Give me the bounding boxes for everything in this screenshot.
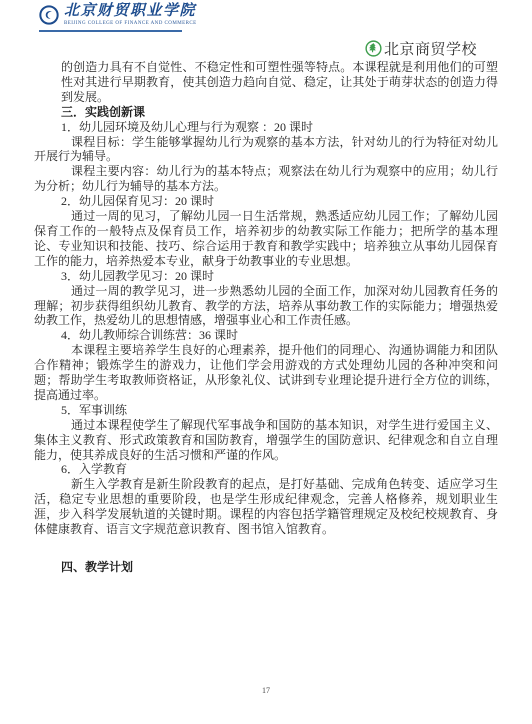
school-emblem-icon <box>365 40 382 57</box>
header-divider <box>39 30 182 32</box>
college-name-group: 北京财贸职业学院 BEIJING COLLEGE OF FINANCE AND … <box>64 3 197 27</box>
paragraph: 的创造力具有不自觉性、不稳定性和可塑性强等特点。本课程就是利用他们的可塑性对其进… <box>61 60 498 105</box>
document-body: 的创造力具有不自觉性、不稳定性和可塑性强等特点。本课程就是利用他们的可塑性对其进… <box>34 60 498 575</box>
paragraph: 新生入学教育是新生阶段教育的起点，是打好基础、完成角色转变、适应学习生活，稳定专… <box>34 477 498 537</box>
paragraph: 本课程主要培养学生良好的心理素养，提升他们的同理心、沟通协调能力和团队合作精神；… <box>34 343 498 403</box>
list-item: 5．军事训练 <box>61 403 498 418</box>
school-logo: 北京商贸学校 <box>365 38 477 59</box>
paragraph: 课程目标：学生能够掌握幼儿行为观察的基本方法，针对幼儿的行为特征对幼儿开展行为辅… <box>34 135 498 165</box>
list-item: 2．幼儿园保育见习：20 课时 <box>61 194 498 209</box>
document-page: 北京财贸职业学院 BEIJING COLLEGE OF FINANCE AND … <box>0 0 532 724</box>
paragraph: 通过一周的见习，了解幼儿园一日生活常规，熟悉适应幼儿园工作；了解幼儿园保育工作的… <box>34 209 498 269</box>
school-name-zh: 北京商贸学校 <box>384 38 477 59</box>
paragraph: 通过一周的教学见习，进一步熟悉幼儿园的全面工作，加深对幼儿园教育任务的理解；初步… <box>34 284 498 329</box>
paragraph: 通过本课程使学生了解现代军事战争和国防的基本知识，对学生进行爱国主义、集体主义教… <box>34 418 498 463</box>
paragraph: 课程主要内容：幼儿行为的基本特点；观察法在幼儿行为观察中的应用；幼儿行为分析；幼… <box>34 164 498 194</box>
list-item: 1．幼儿园环境及幼儿心理与行为观察 ：20 课时 <box>61 120 498 135</box>
college-logo: 北京财贸职业学院 BEIJING COLLEGE OF FINANCE AND … <box>39 3 197 27</box>
section-heading: 四、教学计划 <box>61 560 498 575</box>
list-item: 4．幼儿教师综合训练营：36 课时 <box>61 328 498 343</box>
list-item: 6．入学教育 <box>61 462 498 477</box>
page-number: 17 <box>0 686 532 695</box>
college-name-en: BEIJING COLLEGE OF FINANCE AND COMMERCE <box>64 20 197 27</box>
college-name-zh: 北京财贸职业学院 <box>64 3 197 20</box>
list-item: 3．幼儿园教学见习：20 课时 <box>61 269 498 284</box>
section-heading: 三．实践创新课 <box>61 105 498 120</box>
college-emblem-icon <box>39 5 59 25</box>
